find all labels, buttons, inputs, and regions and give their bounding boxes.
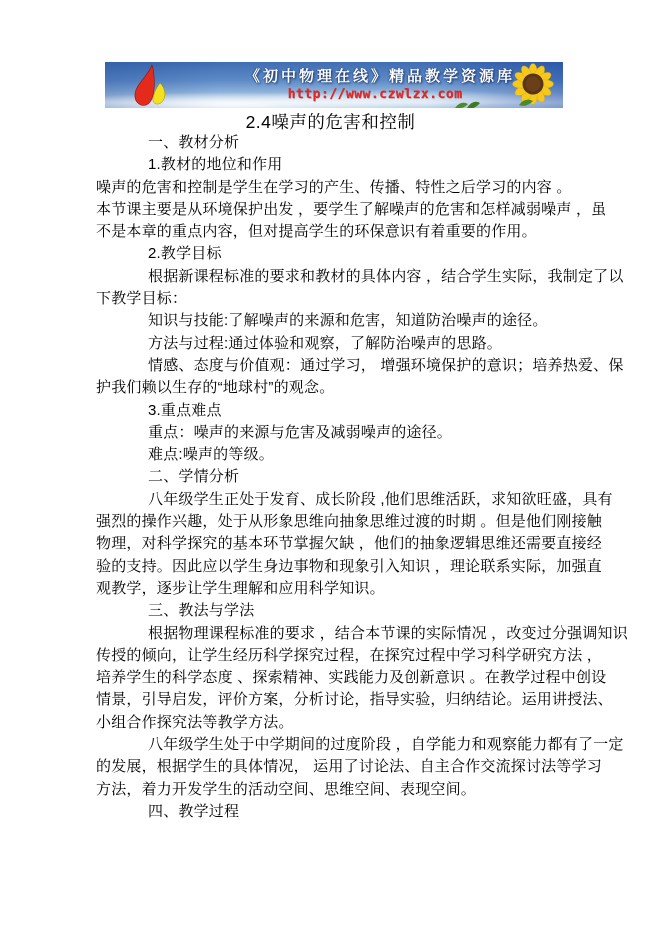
text-line: 观教学，逐步让学生理解和应用科学知识。: [96, 578, 570, 600]
text-line: 小组合作探究法等教学方法。: [96, 712, 570, 734]
section-heading: 1.教材的地位和作用: [96, 154, 570, 176]
text-line: 本节课主要是从环境保护出发 ，要学生了解噪声的危害和怎样减弱噪声 ，虽: [96, 199, 570, 221]
text-line: 物理，对科学探究的基本环节掌握欠缺 ，他们的抽象逻辑思维还需要直接经: [96, 533, 570, 555]
section-heading: 2.教学目标: [96, 243, 570, 265]
text-line: 护我们赖以生存的“地球村”的观念。: [96, 377, 570, 399]
text-line: 八年级学生正处于发育、成长阶段 ,他们思维活跃，求知欲旺盛，具有: [96, 489, 570, 511]
section-heading: 二、学情分析: [96, 466, 570, 488]
text-line: 情感、态度与价值观：通过学习， 增强环境保护的意识；培养热爱、保: [96, 355, 570, 377]
text-line: 不是本章的重点内容，但对提高学生的环保意识有着重要的作用。: [96, 221, 570, 243]
text-line: 重点：噪声的来源与危害及减弱噪声的途径。: [96, 422, 570, 444]
text-line: 八年级学生处于中学期间的过度阶段 ，自学能力和观察能力都有了一定: [96, 734, 570, 756]
document-title: 2.4噪声的危害和控制: [0, 109, 661, 134]
text-line: 知识与技能:了解噪声的来源和危害，知道防治噪声的途径。: [96, 310, 570, 332]
text-line: 强烈的操作兴趣，处于从形象思维向抽象思维过渡的时期 。但是他们刚接触: [96, 511, 570, 533]
text-line: 下教学目标：: [96, 288, 570, 310]
document-body: 一、教材分析1.教材的地位和作用噪声的危害和控制是学生在学习的产生、传播、特性之…: [96, 132, 570, 823]
text-line: 根据物理课程标准的要求 ，结合本节课的实际情况 ，改变过分强调知识: [96, 623, 570, 645]
text-line: 验的支持。因此应以学生身边事物和现象引入知识 ，理论联系实际，加强直: [96, 556, 570, 578]
text-line: 培养学生的科学态度 、探索精神、实践能力及创新意识 。在教学过程中创设: [96, 667, 570, 689]
section-heading: 三、教法与学法: [96, 600, 570, 622]
text-line: 情景，引导启发，评价方案，分析讨论，指导实验，归纳结论。运用讲授法、: [96, 689, 570, 711]
text-line: 方法，着力开发学生的活动空间、思维空间、表现空间。: [96, 779, 570, 801]
sunflower-icon: [509, 63, 557, 108]
section-heading: 四、教学过程: [96, 801, 570, 823]
text-line: 的发展，根据学生的具体情况， 运用了讨论法、自主合作交流探讨法等学习: [96, 756, 570, 778]
site-banner[interactable]: 《初中物理在线》精品教学资源库 http://www.czwlzx.com: [105, 62, 563, 108]
text-line: 噪声的危害和控制是学生在学习的产生、传播、特性之后学习的内容 。: [96, 177, 570, 199]
section-heading: 3.重点难点: [96, 400, 570, 422]
site-logo-icon: [121, 63, 181, 108]
text-line: 方法与过程:通过体验和观察，了解防治噪声的思路。: [96, 333, 570, 355]
text-line: 传授的倾向，让学生经历科学探究过程，在探究过程中学习科学研究方法 ，: [96, 645, 570, 667]
section-heading: 一、教材分析: [96, 132, 570, 154]
plant-leaves-icon: [453, 96, 483, 108]
text-line: 难点:噪声的等级。: [96, 444, 570, 466]
banner-site-title: 《初中物理在线》精品教学资源库: [245, 65, 505, 86]
text-line: 根据新课程标准的要求和教材的具体内容 ，结合学生实际，我制定了以: [96, 266, 570, 288]
